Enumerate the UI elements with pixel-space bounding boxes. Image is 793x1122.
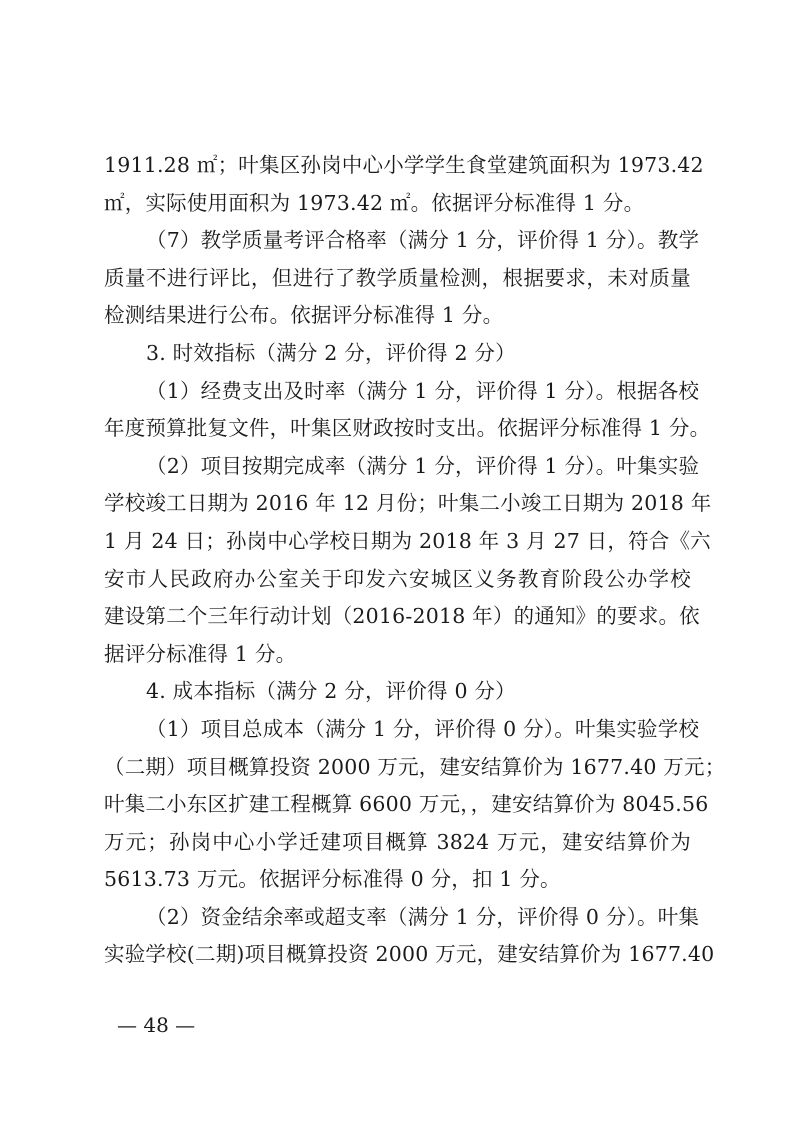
text-line: 建设第二个三年行动计划（2016-2018 年）的通知》的要求。依	[104, 598, 691, 636]
text-line: 年度预算批复文件，叶集区财政按时支出。依据评分标准得 1 分。	[104, 410, 691, 448]
text-line: 安市人民政府办公室关于印发六安城区义务教育阶段公办学校	[104, 561, 691, 599]
text-line: 实验学校(二期)项目概算投资 2000 万元，建安结算价为 1677.40	[104, 936, 691, 974]
text-line: 1911.28 ㎡；叶集区孙岗中心小学学生食堂建筑面积为 1973.42	[104, 147, 691, 185]
text-line: 叶集二小东区扩建工程概算 6600 万元，，建安结算价为 8045.56	[104, 786, 691, 824]
paragraph-first-line: （2）资金结余率或超支率（满分 1 分，评价得 0 分）。叶集	[104, 899, 691, 937]
paragraph-first-line: （1）项目总成本（满分 1 分，评价得 0 分）。叶集实验学校	[104, 711, 691, 749]
paragraph-first-line: （1）经费支出及时率（满分 1 分，评价得 1 分）。根据各校	[104, 373, 691, 411]
text-line: （二期）项目概算投资 2000 万元，建安结算价为 1677.40 万元；	[104, 749, 691, 787]
paragraph-first-line: （7）教学质量考评合格率（满分 1 分，评价得 1 分）。教学	[104, 222, 691, 260]
text-line: 学校竣工日期为 2016 年 12 月份；叶集二小竣工日期为 2018 年	[104, 485, 691, 523]
text-line: 5613.73 万元。依据评分标准得 0 分，扣 1 分。	[104, 861, 691, 899]
text-line: 万元；孙岗中心小学迁建项目概算 3824 万元，建安结算价为	[104, 824, 691, 862]
document-page: 1911.28 ㎡；叶集区孙岗中心小学学生食堂建筑面积为 1973.42 ㎡，实…	[0, 0, 793, 1122]
text-line: 据评分标准得 1 分。	[104, 636, 691, 674]
section-heading: 4. 成本指标（满分 2 分，评价得 0 分）	[104, 673, 691, 711]
text-line: 质量不进行评比，但进行了教学质量检测，根据要求，未对质量	[104, 260, 691, 298]
text-line: 1 月 24 日；孙岗中心学校日期为 2018 年 3 月 27 日，符合《六	[104, 523, 691, 561]
paragraph-first-line: （2）项目按期完成率（满分 1 分，评价得 1 分）。叶集实验	[104, 448, 691, 486]
document-body: 1911.28 ㎡；叶集区孙岗中心小学学生食堂建筑面积为 1973.42 ㎡，实…	[104, 147, 691, 974]
text-line: 检测结果进行公布。依据评分标准得 1 分。	[104, 297, 691, 335]
section-heading: 3. 时效指标（满分 2 分，评价得 2 分）	[104, 335, 691, 373]
page-number: — 48 —	[117, 1010, 195, 1040]
text-line: ㎡，实际使用面积为 1973.42 ㎡。依据评分标准得 1 分。	[104, 185, 691, 223]
